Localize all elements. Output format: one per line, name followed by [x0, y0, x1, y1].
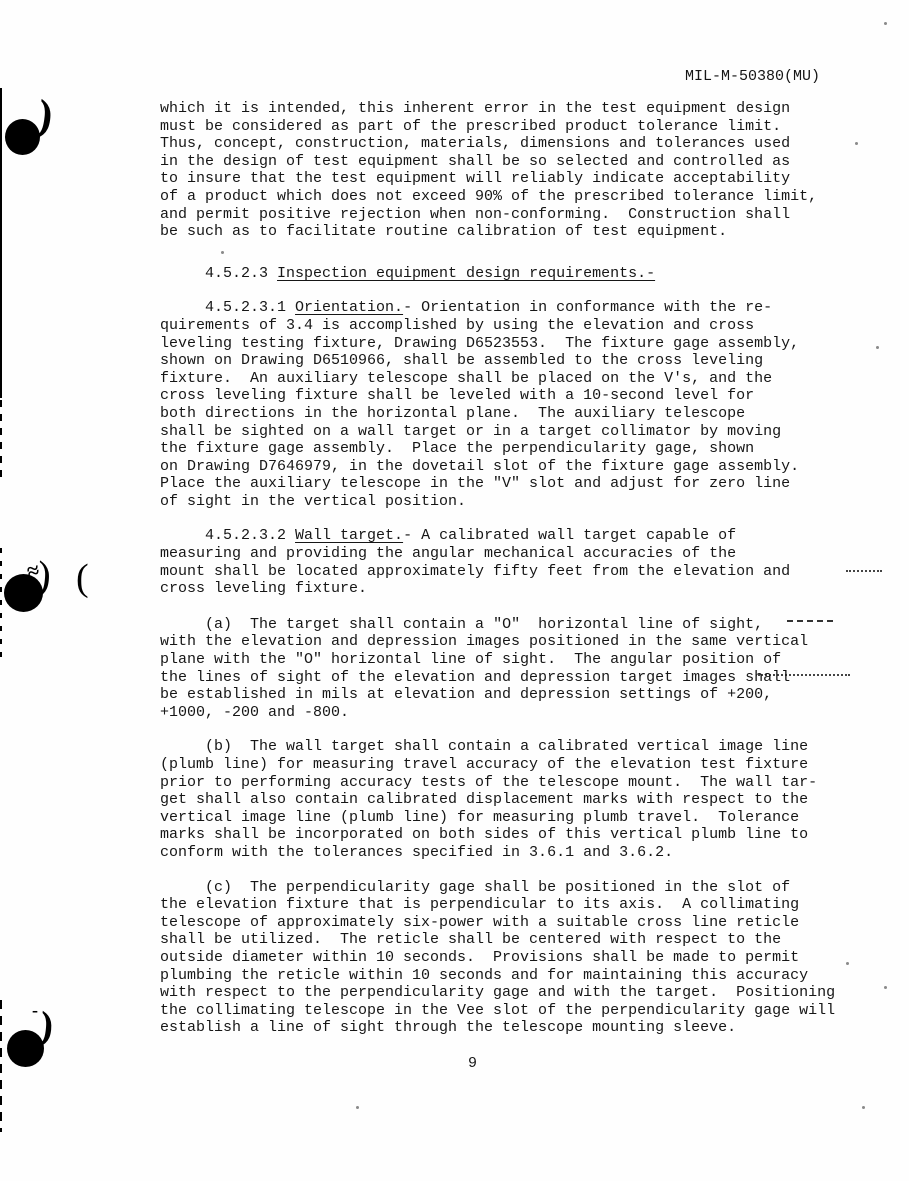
- section-first-line: 4.5.2.3.1 Orientation.- Orientation in c…: [160, 299, 899, 317]
- section-number: 4.5.2.3: [160, 265, 277, 282]
- section-number: 4.5.2.3.2: [160, 527, 295, 544]
- section-body-text: measuring and providing the angular mech…: [160, 545, 899, 598]
- section-title: Wall target.: [295, 527, 403, 544]
- section-4-5-2-3-2: 4.5.2.3.2 Wall target.- A calibrated wal…: [160, 527, 899, 597]
- section-title: Inspection equipment design requirements…: [277, 265, 655, 282]
- pen-arc-mark: ): [35, 89, 57, 142]
- scan-edge-line: [0, 400, 2, 482]
- page-number: 9: [468, 1055, 477, 1073]
- speckle: [862, 1106, 865, 1109]
- scanned-document-page: ) ≈ ) ( ) - MIL-M-50380(MU) which it is …: [0, 0, 909, 1181]
- pen-dash-mark: -: [32, 1000, 38, 1021]
- document-body: which it is intended, this inherent erro…: [160, 0, 899, 1037]
- pen-paren-mark: (: [76, 556, 89, 600]
- section-title: Orientation.: [295, 299, 403, 316]
- section-number: 4.5.2.3.1: [160, 299, 295, 316]
- list-item-a: (a) The target shall contain a "O" horiz…: [160, 616, 899, 722]
- section-heading-4-5-2-3: 4.5.2.3 Inspection equipment design requ…: [160, 265, 899, 283]
- pen-arc-mark: ): [38, 1001, 56, 1049]
- scan-edge-line: [0, 88, 2, 398]
- scan-edge-line: [0, 548, 2, 660]
- section-4-5-2-3-1: 4.5.2.3.1 Orientation.- Orientation in c…: [160, 299, 899, 510]
- section-body-text: quirements of 3.4 is accomplished by usi…: [160, 317, 899, 511]
- list-item-c: (c) The perpendicularity gage shall be p…: [160, 879, 899, 1037]
- section-lead-text: - A calibrated wall target capable of: [403, 527, 736, 544]
- speckle: [356, 1106, 359, 1109]
- list-item-b: (b) The wall target shall contain a cali…: [160, 738, 899, 861]
- section-lead-text: - Orientation in conformance with the re…: [403, 299, 772, 316]
- pen-arc-mark: ): [35, 552, 54, 601]
- scan-edge-line: [0, 1000, 2, 1132]
- section-first-line: 4.5.2.3.2 Wall target.- A calibrated wal…: [160, 527, 899, 545]
- paragraph-intro: which it is intended, this inherent erro…: [160, 100, 899, 241]
